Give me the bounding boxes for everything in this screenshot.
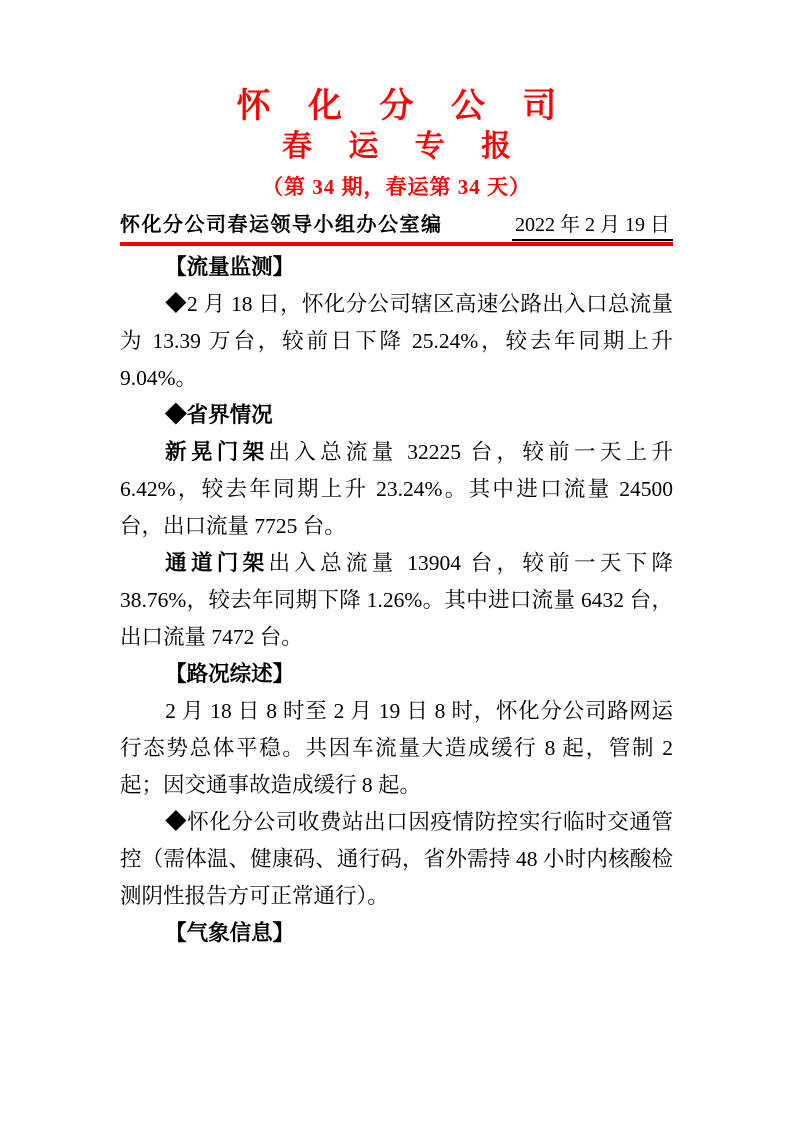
section-heading-text: 【气象信息】 xyxy=(165,921,294,945)
doc-title-line2: 春 运 专 报 xyxy=(120,129,673,165)
paragraph-network-status: 2 月 18 日 8 时至 2 月 19 日 8 时，怀化分公司路网运行态势总体… xyxy=(120,693,673,804)
document-body: 【流量监测】 ◆2 月 18 日，怀化分公司辖区高速公路出入口总流量为 13.3… xyxy=(120,249,673,952)
section-heading-traffic-monitor: 【流量监测】 xyxy=(120,249,673,286)
paragraph-text: 2 月 18 日 8 时至 2 月 19 日 8 时，怀化分公司路网运行态势总体… xyxy=(120,699,673,797)
paragraph-epidemic-control: ◆怀化分公司收费站出口因疫情防控实行临时交通管控（需体温、健康码、通行码，省外需… xyxy=(120,804,673,915)
issue-line: （第 34 期，春运第 34 天） xyxy=(120,173,673,201)
paragraph-total-flow: ◆2 月 18 日，怀化分公司辖区高速公路出入口总流量为 13.39 万台，较前… xyxy=(120,286,673,397)
section-heading-road-summary: 【路况综述】 xyxy=(120,656,673,693)
section-heading-text: 【流量监测】 xyxy=(165,255,294,279)
section-heading-text: 【路况综述】 xyxy=(165,662,294,686)
editor-label: 怀化分公司春运领导小组办公室编 xyxy=(120,212,443,239)
red-divider xyxy=(120,242,673,246)
section-heading-weather-info: 【气象信息】 xyxy=(120,915,673,952)
paragraph-tongdao-gantry: 通道门架出入总流量 13904 台，较前一天下降 38.76%，较去年同期下降 … xyxy=(120,545,673,656)
paragraph-lead: 通道门架 xyxy=(165,551,268,575)
doc-title-line1: 怀 化 分 公 司 xyxy=(120,86,673,126)
paragraph-text: ◆2 月 18 日，怀化分公司辖区高速公路出入口总流量为 13.39 万台，较前… xyxy=(120,292,673,390)
paragraph-xinhuang-gantry: 新晃门架出入总流量 32225 台，较前一天上升 6.42%，较去年同期上升 2… xyxy=(120,434,673,545)
publish-date: 2022 年 2 月 19 日 xyxy=(512,212,673,241)
paragraph-lead: 新晃门架 xyxy=(165,440,268,464)
subheading-province-border: ◆省界情况 xyxy=(120,397,673,434)
paragraph-text: ◆怀化分公司收费站出口因疫情防控实行临时交通管控（需体温、健康码、通行码，省外需… xyxy=(120,810,673,908)
document-page: 怀 化 分 公 司 春 运 专 报 （第 34 期，春运第 34 天） 怀化分公… xyxy=(0,0,793,1122)
subheading-text: ◆省界情况 xyxy=(165,403,273,427)
editor-row: 怀化分公司春运领导小组办公室编 2022 年 2 月 19 日 xyxy=(120,212,673,241)
